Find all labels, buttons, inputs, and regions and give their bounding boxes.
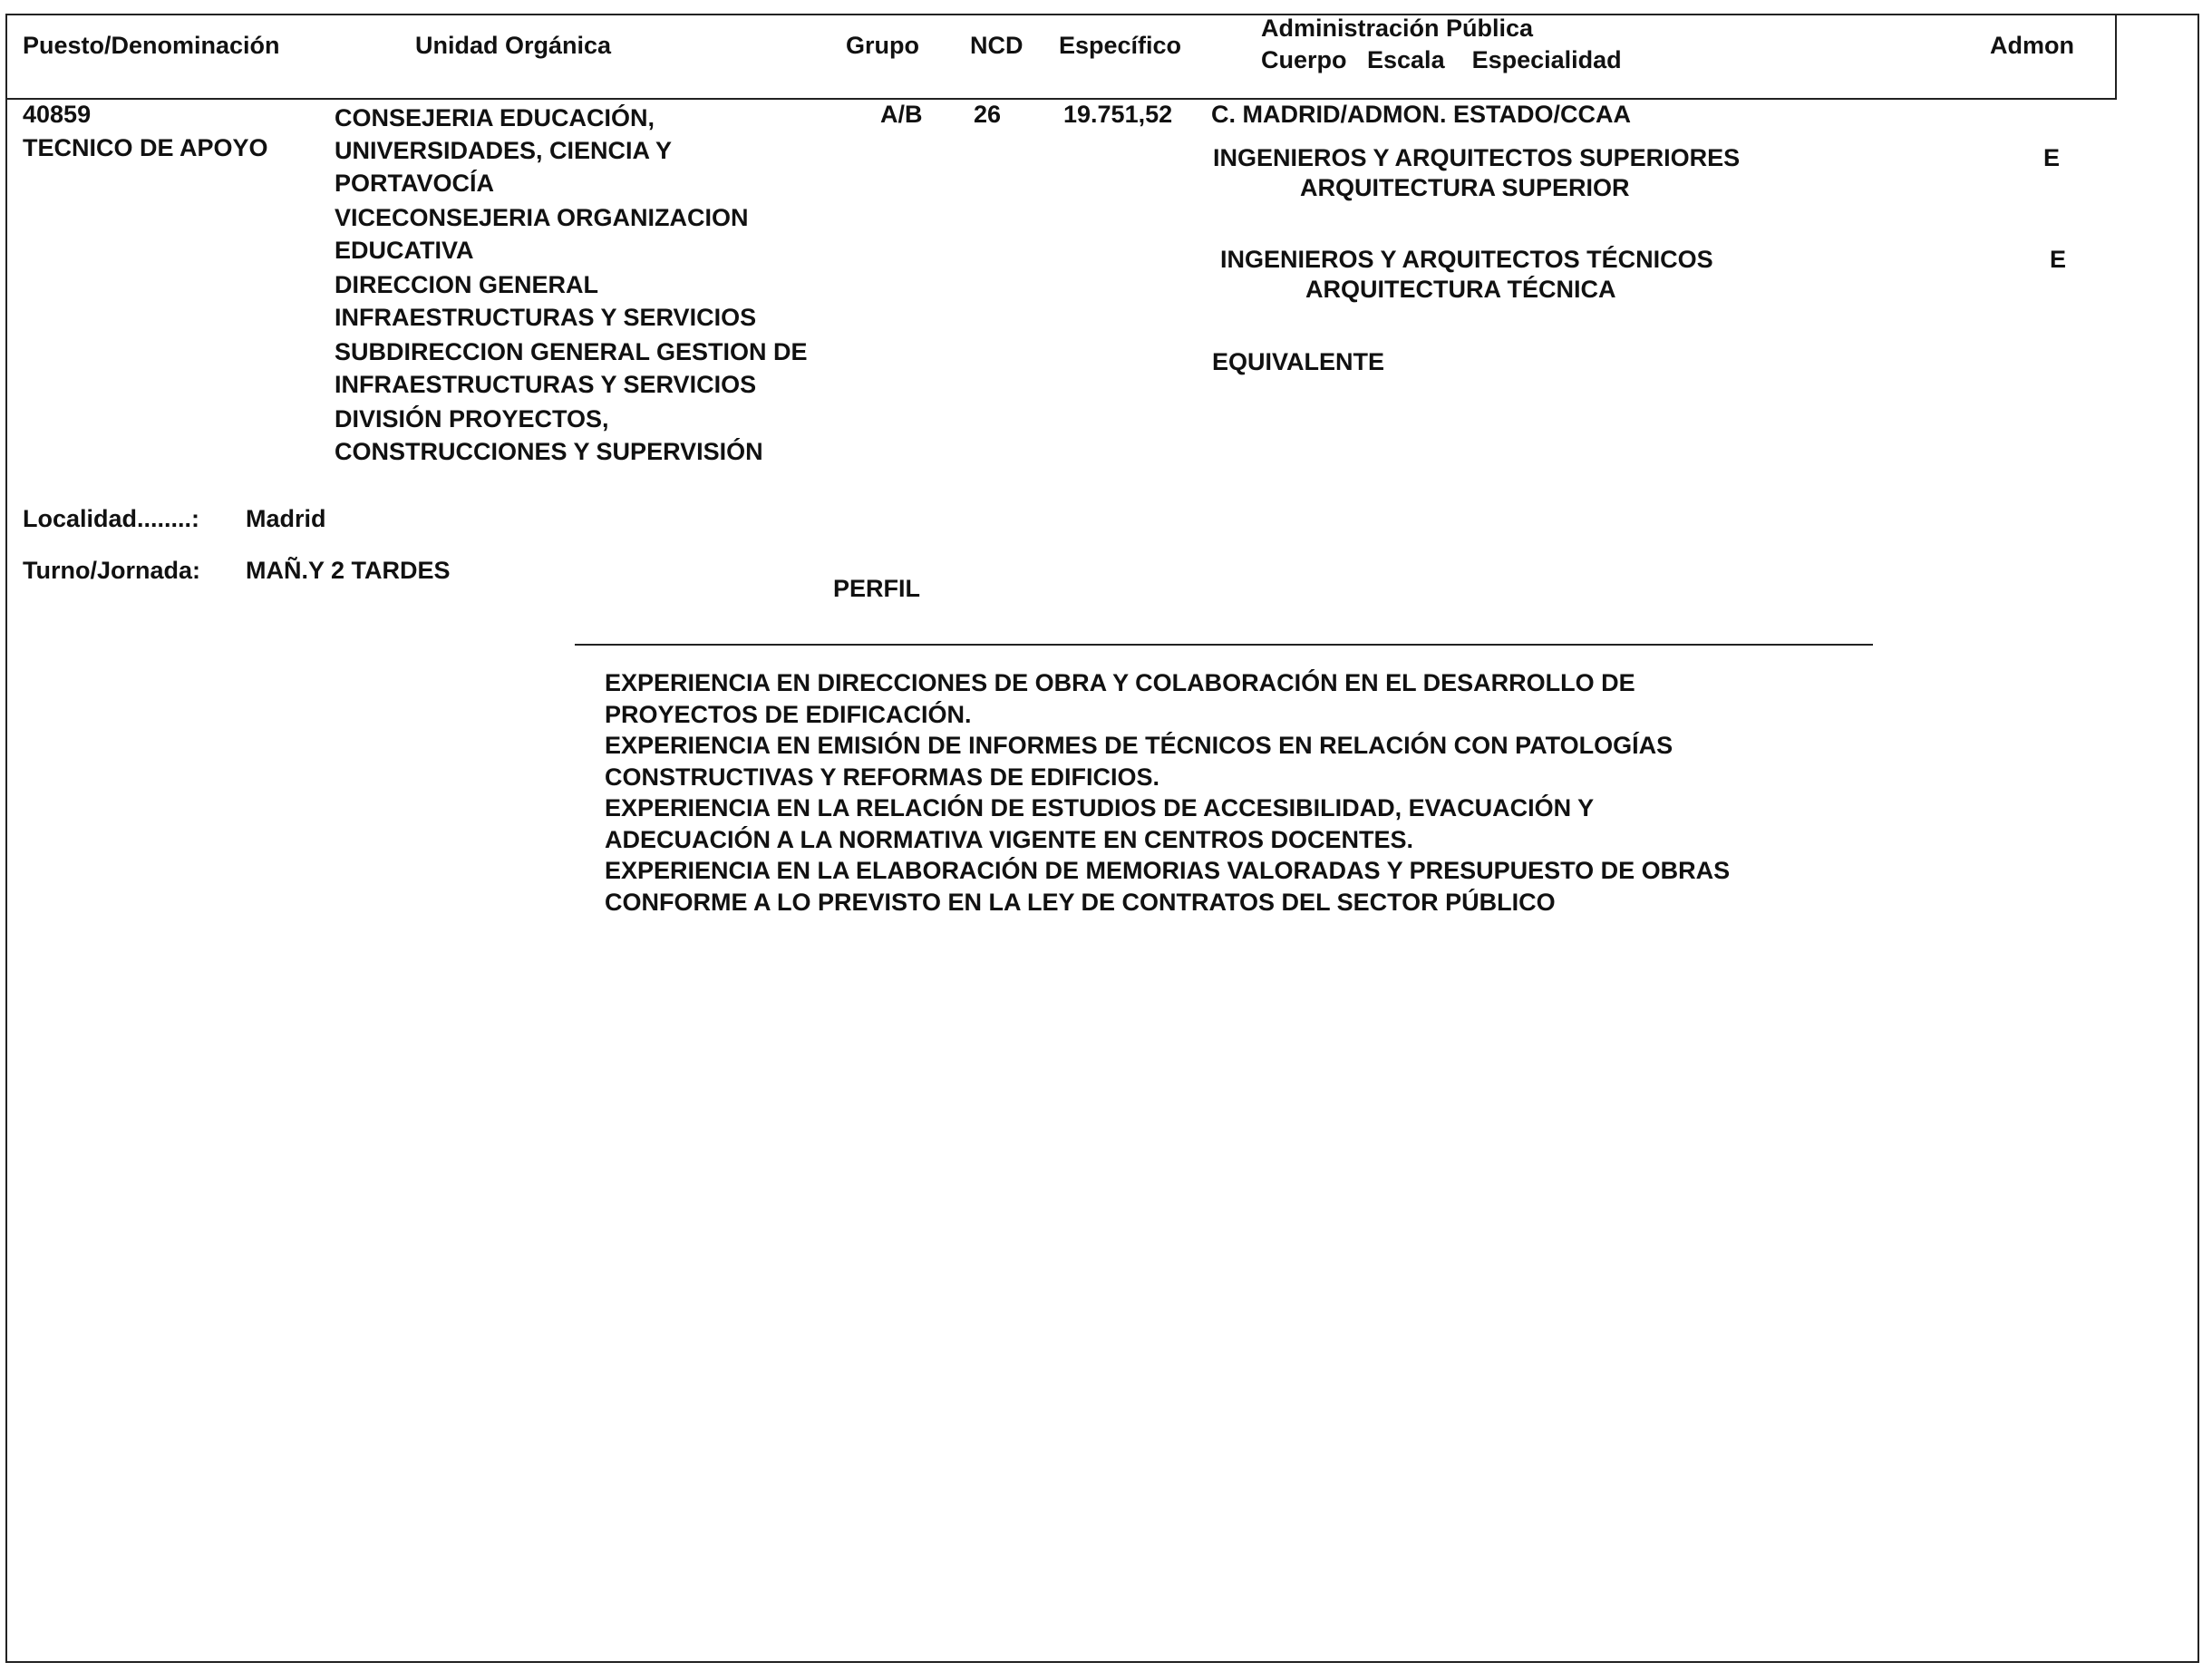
unidad-line: CONSEJERIA EDUCACIÓN, — [335, 102, 808, 134]
header-administracion: Administración Pública — [1261, 15, 1533, 43]
equivalente: EQUIVALENTE — [1212, 345, 1384, 378]
cuerpo-1: INGENIEROS Y ARQUITECTOS SUPERIORES — [1213, 141, 1740, 174]
admon-2: E — [2050, 243, 2066, 276]
unidad-line: UNIVERSIDADES, CIENCIA Y — [335, 134, 808, 167]
perfil-line: CONFORME A LO PREVISTO EN LA LEY DE CONT… — [605, 887, 1730, 919]
perfil-line: PROYECTOS DE EDIFICACIÓN. — [605, 699, 1730, 731]
unidad-line: VICECONSEJERIA ORGANIZACION — [335, 201, 808, 234]
turno-label: Turno/Jornada: — [23, 554, 200, 587]
unidad-line: INFRAESTRUCTURAS Y SERVICIOS — [335, 368, 808, 401]
perfil-line: EXPERIENCIA EN DIRECCIONES DE OBRA Y COL… — [605, 667, 1730, 699]
grupo-value: A/B — [880, 98, 923, 131]
perfil-line: EXPERIENCIA EN LA ELABORACIÓN DE MEMORIA… — [605, 855, 1730, 887]
header-admon: Admon — [1990, 32, 2074, 60]
localidad-value: Madrid — [246, 502, 326, 535]
especifico-value: 19.751,52 — [1063, 98, 1172, 131]
administracion-value: C. MADRID/ADMON. ESTADO/CCAA — [1211, 98, 1631, 131]
header-cuerpo-escala-especialidad: Cuerpo Escala Especialidad — [1261, 46, 1622, 74]
header-unidad-organica: Unidad Orgánica — [415, 32, 611, 60]
unidad-line: EDUCATIVA — [335, 234, 808, 267]
perfil-line: EXPERIENCIA EN LA RELACIÓN DE ESTUDIOS D… — [605, 792, 1730, 824]
admon-1: E — [2043, 141, 2060, 174]
perfil-text: EXPERIENCIA EN DIRECCIONES DE OBRA Y COL… — [605, 667, 1730, 918]
localidad-label: Localidad........: — [23, 502, 199, 535]
perfil-line: ADECUACIÓN A LA NORMATIVA VIGENTE EN CEN… — [605, 824, 1730, 856]
unidad-line: DIRECCION GENERAL — [335, 268, 808, 301]
perfil-title: PERFIL — [833, 572, 920, 605]
header-especifico: Específico — [1059, 32, 1181, 60]
perfil-line: CONSTRUCTIVAS Y REFORMAS DE EDIFICIOS. — [605, 762, 1730, 793]
ncd-value: 26 — [974, 98, 1001, 131]
unidad-line: SUBDIRECCION GENERAL GESTION DE — [335, 335, 808, 368]
unidad-line: PORTAVOCÍA — [335, 167, 808, 199]
unidad-line: CONSTRUCCIONES Y SUPERVISIÓN — [335, 435, 808, 468]
turno-value: MAÑ.Y 2 TARDES — [246, 554, 451, 587]
puesto-id: 40859 — [23, 98, 91, 131]
header-grupo: Grupo — [846, 32, 919, 60]
unidad-line: INFRAESTRUCTURAS Y SERVICIOS — [335, 301, 808, 334]
puesto-denominacion: TECNICO DE APOYO — [23, 131, 268, 164]
unidad-line: DIVISIÓN PROYECTOS, — [335, 403, 808, 435]
header-ncd: NCD — [970, 32, 1024, 60]
cuerpo-2: INGENIEROS Y ARQUITECTOS TÉCNICOS — [1220, 243, 1713, 276]
perfil-divider — [575, 644, 1873, 646]
especialidad-2: ARQUITECTURA TÉCNICA — [1305, 273, 1615, 306]
header-puesto: Puesto/Denominación — [23, 32, 280, 60]
perfil-line: EXPERIENCIA EN EMISIÓN DE INFORMES DE TÉ… — [605, 730, 1730, 762]
especialidad-1: ARQUITECTURA SUPERIOR — [1300, 171, 1630, 204]
unidad-organica: CONSEJERIA EDUCACIÓN, UNIVERSIDADES, CIE… — [335, 102, 808, 468]
